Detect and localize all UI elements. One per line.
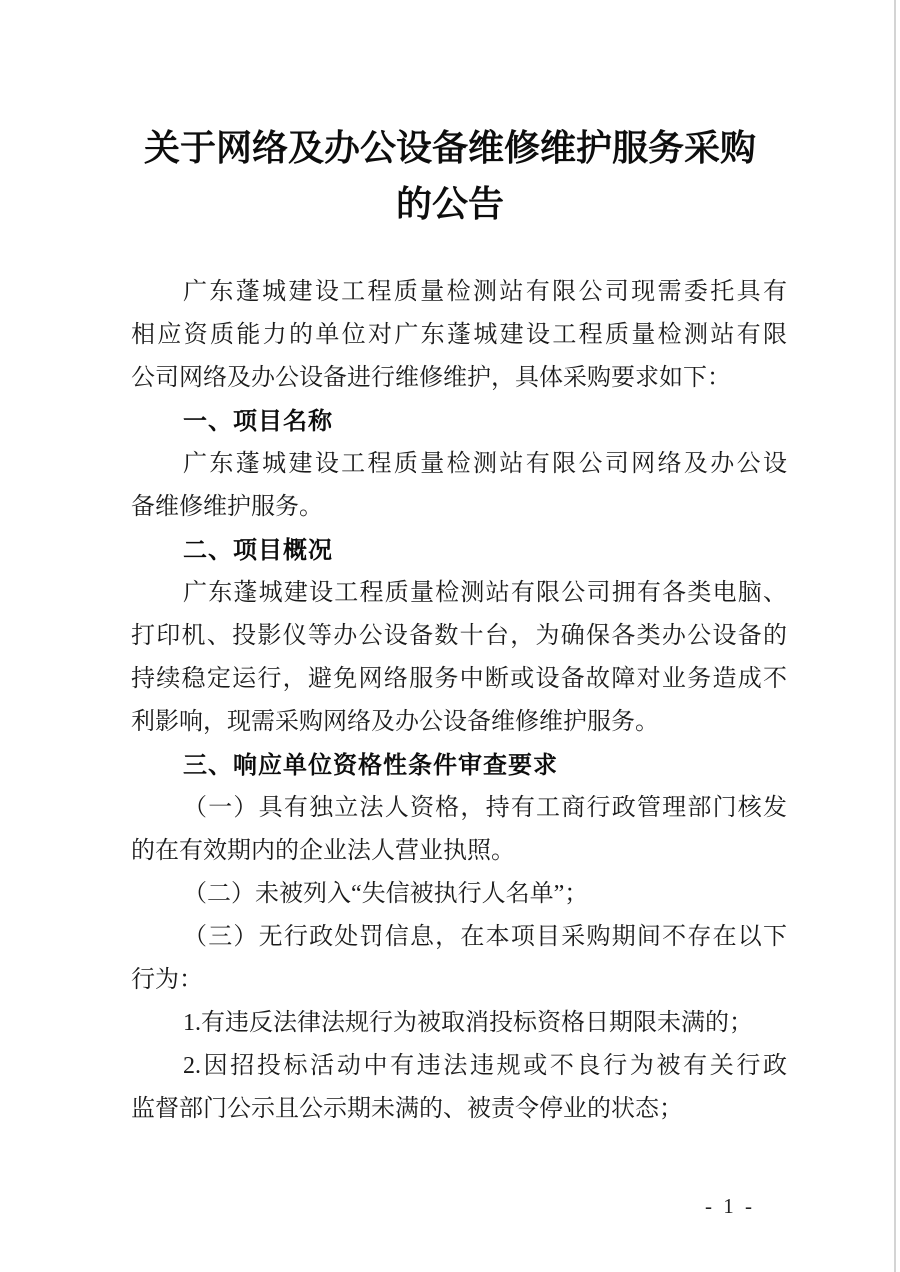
paragraph-item-1: 1.有违反法律法规行为被取消投标资格日期限未满的； bbox=[131, 1002, 787, 1045]
text-line: 公司网络及办公设备进行维修维护，具体采购要求如下： bbox=[131, 357, 787, 400]
paragraph-requirement-1: （一）具有独立法人资格，持有工商行政管理部门核发 的在有效期内的企业法人营业执照… bbox=[131, 787, 787, 873]
text-line: 利影响，现需采购网络及办公设备维修维护服务。 bbox=[131, 701, 787, 744]
paragraph-project-name: 广东蓬城建设工程质量检测站有限公司网络及办公设 备维修维护服务。 bbox=[131, 443, 787, 529]
text-line: 行为： bbox=[131, 959, 787, 1002]
text-line: 持续稳定运行，避免网络服务中断或设备故障对业务造成不 bbox=[131, 658, 787, 701]
text-line: 2.因招投标活动中有违法违规或不良行为被有关行政 bbox=[131, 1045, 787, 1088]
text-line: 备维修维护服务。 bbox=[131, 486, 787, 529]
document-title: 关于网络及办公设备维修维护服务采购 的公告 bbox=[0, 120, 900, 232]
paragraph-intro: 广东蓬城建设工程质量检测站有限公司现需委托具有 相应资质能力的单位对广东蓬城建设… bbox=[131, 271, 787, 400]
text-line: 1.有违反法律法规行为被取消投标资格日期限未满的； bbox=[131, 1002, 787, 1045]
title-line-2: 的公告 bbox=[0, 176, 900, 232]
title-line-1: 关于网络及办公设备维修维护服务采购 bbox=[0, 120, 900, 176]
paragraph-item-2: 2.因招投标活动中有违法违规或不良行为被有关行政 监督部门公示且公示期未满的、被… bbox=[131, 1045, 787, 1131]
text-line: （一）具有独立法人资格，持有工商行政管理部门核发 bbox=[131, 787, 787, 830]
text-line: 广东蓬城建设工程质量检测站有限公司网络及办公设 bbox=[131, 443, 787, 486]
paragraph-requirement-2: （二）未被列入“失信被执行人名单”； bbox=[131, 873, 787, 916]
text-line: 监督部门公示且公示期未满的、被责令停业的状态； bbox=[131, 1088, 787, 1131]
document-page: 关于网络及办公设备维修维护服务采购 的公告 广东蓬城建设工程质量检测站有限公司现… bbox=[0, 0, 900, 1272]
text-line: 广东蓬城建设工程质量检测站有限公司现需委托具有 bbox=[131, 271, 787, 314]
paragraph-requirement-3: （三）无行政处罚信息，在本项目采购期间不存在以下 行为： bbox=[131, 916, 787, 1002]
text-line: 广东蓬城建设工程质量检测站有限公司拥有各类电脑、 bbox=[131, 572, 787, 615]
paragraph-project-overview: 广东蓬城建设工程质量检测站有限公司拥有各类电脑、 打印机、投影仪等办公设备数十台… bbox=[131, 572, 787, 744]
document-body: 广东蓬城建设工程质量检测站有限公司现需委托具有 相应资质能力的单位对广东蓬城建设… bbox=[131, 271, 787, 1131]
page-number: - 1 - bbox=[698, 1194, 762, 1219]
text-line: （二）未被列入“失信被执行人名单”； bbox=[131, 873, 787, 916]
heading-project-name: 一、项目名称 bbox=[131, 400, 787, 443]
heading-qualification-requirements: 三、响应单位资格性条件审查要求 bbox=[131, 744, 787, 787]
text-line: 打印机、投影仪等办公设备数十台，为确保各类办公设备的 bbox=[131, 615, 787, 658]
text-line: 相应资质能力的单位对广东蓬城建设工程质量检测站有限 bbox=[131, 314, 787, 357]
text-line: （三）无行政处罚信息，在本项目采购期间不存在以下 bbox=[131, 916, 787, 959]
text-line: 的在有效期内的企业法人营业执照。 bbox=[131, 830, 787, 873]
heading-project-overview: 二、项目概况 bbox=[131, 529, 787, 572]
